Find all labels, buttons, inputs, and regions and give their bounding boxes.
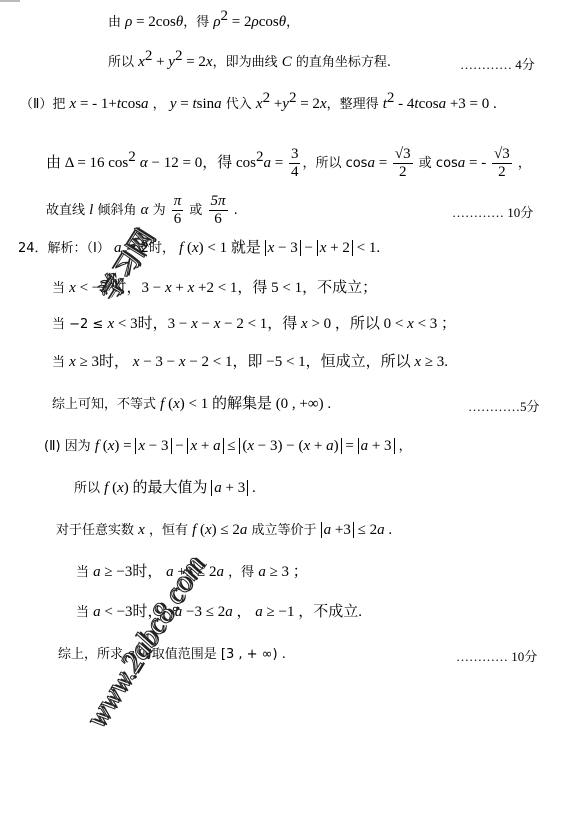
math-var: y <box>168 54 175 70</box>
math-var: a <box>255 604 263 620</box>
math: ) <box>334 438 339 454</box>
math: − 3 <box>274 240 297 256</box>
score-mark-5: …………5分 <box>468 396 540 415</box>
text: ，所以 cos <box>302 156 367 171</box>
text: ，得 <box>224 565 258 580</box>
math: + 3 <box>368 438 391 454</box>
math-var: a <box>377 522 385 538</box>
text: ，恒有 <box>145 523 192 538</box>
math-var: ρ <box>252 14 259 30</box>
score-mark-4: ………… 4分 <box>460 54 535 73</box>
math-var: x <box>179 354 186 370</box>
text: 所以 <box>108 55 138 70</box>
math: = - <box>465 155 490 171</box>
absolute-value: a + 3 <box>358 438 395 454</box>
math-var: a <box>326 438 334 454</box>
absolute-value: a + 3 <box>211 480 248 496</box>
score-unit: 分 <box>527 400 540 415</box>
math: − 12 = 0，得 cos <box>148 155 256 171</box>
math: < 1. <box>353 240 380 256</box>
math: = 2 <box>228 14 251 30</box>
text: 所以 <box>74 481 104 496</box>
math: ) = <box>114 438 135 454</box>
denominator: 6 <box>209 211 228 228</box>
math-var: x <box>407 316 414 332</box>
math: +2 < 1，得 5 < 1，不成立； <box>194 280 377 296</box>
math: ≤ <box>224 438 240 454</box>
math: ( <box>164 396 173 412</box>
math-var: a <box>217 564 225 580</box>
text: ，得 <box>183 15 213 30</box>
text: ， <box>395 439 412 454</box>
solution-line-10: 综上可知，不等式 f (x) < 1 的解集是 (0 , +∞) . <box>52 394 331 415</box>
math-var: a <box>263 155 271 171</box>
math: ≥ 3时， <box>76 354 133 370</box>
math: = 2 <box>182 54 205 70</box>
score-dots: ………… <box>456 649 508 664</box>
solution-line-9: 当 x ≥ 3时， x − 3 − x − 2 < 1，即 −5 < 1，恒成立… <box>52 352 448 373</box>
numerator: 5π <box>209 193 228 211</box>
math: < 3 ； <box>414 316 456 332</box>
absolute-value: (x − 3) − (x + a) <box>239 438 341 454</box>
solution-line-5: 故直线 l 倾斜角 α 为 π6 或 5π6 . <box>46 192 238 229</box>
math-var: x <box>173 396 180 412</box>
math: = <box>375 155 391 171</box>
math-var: x <box>301 316 308 332</box>
math-var: x <box>138 54 145 70</box>
math: + <box>270 96 282 112</box>
fraction-sqrt3-2: √32 <box>393 146 413 181</box>
math-var: x <box>138 522 145 538</box>
score-value: 10 <box>511 649 524 664</box>
math: ) < 1 就是 <box>199 240 265 256</box>
fraction-sqrt3-2: √32 <box>492 146 512 181</box>
math-var: a <box>214 96 222 112</box>
numerator: π <box>172 193 184 211</box>
math-var: a <box>93 604 101 620</box>
math: cos <box>121 96 141 112</box>
math: + <box>310 438 326 454</box>
math-var: ρ <box>213 14 220 30</box>
math: 由 Δ = 16 cos <box>46 155 128 171</box>
solution-line-16: 综上，所求 a 的取值范围是 [3 , + ∞) . <box>58 644 286 665</box>
absolute-value: x − 3 <box>265 240 301 256</box>
math: ( <box>183 240 192 256</box>
math: . <box>248 480 256 496</box>
numerator: 3 <box>289 146 301 164</box>
math: − 3) − ( <box>254 438 303 454</box>
exponent: 2 <box>263 90 271 106</box>
numerator: √3 <box>492 146 512 164</box>
math-var: a <box>361 438 369 454</box>
score-mark-10-final: ………… 10分 <box>456 646 537 665</box>
score-mark-10: ………… 10分 <box>452 202 533 221</box>
text: 为 <box>148 203 169 218</box>
math-var: a <box>367 155 375 171</box>
math: −3 ≤ 2 <box>182 604 225 620</box>
math-var: a <box>439 96 447 112</box>
math: cos <box>419 96 439 112</box>
text: 当 −2 ≤ <box>52 317 107 332</box>
math: ( <box>196 522 205 538</box>
math-var: x <box>165 280 172 296</box>
absolute-value: a +3 <box>321 522 354 538</box>
math: = 2cos <box>132 14 175 30</box>
score-unit: 分 <box>524 650 537 665</box>
math: = - 1+ <box>76 96 117 112</box>
denominator: 2 <box>492 164 512 181</box>
text: 24．解析：（Ⅰ） <box>18 241 114 256</box>
absolute-value: x + 2 <box>317 240 353 256</box>
math: ≥ −3时， <box>101 564 166 580</box>
math-var: x <box>191 316 198 332</box>
fraction-pi-6: π6 <box>172 193 184 228</box>
solution-line-1: 由 ρ = 2cosθ，得 ρ2 = 2ρcosθ， <box>108 12 299 33</box>
text: ，整理得 <box>327 97 383 112</box>
text: ， <box>149 97 170 112</box>
score-dots: ………… <box>460 57 512 72</box>
absolute-value: x − 3 <box>135 438 171 454</box>
math: ≥ 3 ； <box>266 564 308 580</box>
text: 倾斜角 <box>93 203 140 218</box>
math: − 3 − <box>139 354 178 370</box>
math: sin <box>197 96 215 112</box>
math: > 0 ，所以 0 < <box>308 316 407 332</box>
text: ， <box>514 156 531 171</box>
solution-line-13: 对于任意实数 x ，恒有 f (x) ≤ 2a 成立等价于 a +3 ≤ 2a … <box>56 520 392 541</box>
score-unit: 分 <box>520 206 533 221</box>
math-var: a <box>213 438 221 454</box>
math: ( <box>99 438 108 454</box>
math-var: a <box>258 564 266 580</box>
text: ， <box>286 15 299 30</box>
score-value: 10 <box>507 205 520 220</box>
math: + <box>172 280 188 296</box>
text: 当 <box>76 605 93 620</box>
exponent: 2 <box>128 149 136 165</box>
score-dots: ………… <box>468 399 520 414</box>
math-var: θ <box>279 14 286 30</box>
math-var: x <box>205 522 212 538</box>
math-var: a <box>141 96 149 112</box>
solution-line-8: 当 −2 ≤ x < 3时，3 − x − x − 2 < 1，得 x > 0 … <box>52 314 456 335</box>
math: − <box>198 316 214 332</box>
text: 对于任意实数 <box>56 523 138 538</box>
math: ) < 1 的解集是 (0 , +∞) . <box>180 396 331 412</box>
text: (Ⅱ) 因为 <box>44 439 95 454</box>
text: 当 <box>52 355 69 370</box>
math: = <box>271 155 287 171</box>
denominator: 2 <box>393 164 413 181</box>
math-var: x <box>192 240 199 256</box>
solution-line-3: （Ⅱ）把 x = - 1+tcosa ， y = tsina 代入 x2 +y2… <box>20 94 497 115</box>
fraction-5pi-6: 5π6 <box>209 193 228 228</box>
math: ) ≤ 2 <box>212 522 240 538</box>
math: = <box>176 96 192 112</box>
solution-line-2: 所以 x2 + y2 = 2x，即为曲线 C 的直角坐标方程. <box>108 52 391 73</box>
math: - 4 <box>394 96 414 112</box>
math: + 2 <box>326 240 349 256</box>
math-var: x <box>69 280 76 296</box>
solution-line-15: 当 a < −3时， −a −3 ≤ 2a ， a ≥ −1 ，不成立. <box>76 602 362 623</box>
math: = 2 <box>296 96 319 112</box>
math: ( <box>108 480 117 496</box>
math: +3 <box>331 522 351 538</box>
math-var: y <box>282 96 289 112</box>
math: − 2 < 1，即 −5 < 1，恒成立，所以 <box>186 354 415 370</box>
fraction-3-4: 34 <box>289 146 301 181</box>
math: ≤ 2 <box>354 522 377 538</box>
math: − 3 <box>145 438 168 454</box>
text: ，即为曲线 <box>213 55 282 70</box>
math-var: x <box>69 354 76 370</box>
page-corner-mark <box>0 0 20 2</box>
math-var: a <box>93 564 101 580</box>
text: （Ⅱ）把 <box>20 97 70 112</box>
math: +3 = 0 . <box>446 96 497 112</box>
math: . <box>385 522 393 538</box>
text: 综上可知，不等式 <box>52 397 160 412</box>
denominator: 6 <box>172 211 184 228</box>
score-dots: ………… <box>452 205 504 220</box>
math-var: x <box>117 480 124 496</box>
solution-line-11: (Ⅱ) 因为 f (x) = x − 3 − x + a ≤ (x − 3) −… <box>44 436 412 457</box>
solution-line-6: 24．解析：（Ⅰ） a = 2时， f (x) < 1 就是 x − 3 − x… <box>18 238 380 259</box>
text: 成立等价于 <box>247 523 320 538</box>
text: . <box>230 203 238 218</box>
math: − <box>172 438 188 454</box>
math: + 3 <box>222 480 245 496</box>
math: + <box>197 438 213 454</box>
math: ) 的最大值为 <box>124 480 212 496</box>
math: ≥ −1 ，不成立. <box>263 604 362 620</box>
text: 当 <box>76 565 93 580</box>
numerator: √3 <box>393 146 413 164</box>
text: 或 <box>185 203 206 218</box>
math: = <box>342 438 358 454</box>
math: ≥ 3. <box>421 354 448 370</box>
text: 由 <box>108 15 125 30</box>
math-var: x <box>320 96 327 112</box>
absolute-value: x + a <box>187 438 223 454</box>
math-var: a <box>214 480 222 496</box>
math-var: C <box>282 54 292 70</box>
text: 故直线 <box>46 203 89 218</box>
exponent: 2 <box>221 8 229 24</box>
solution-line-12: 所以 f (x) 的最大值为 a + 3 . <box>74 478 256 499</box>
text: 当 <box>52 281 69 296</box>
math-var: α <box>140 155 148 171</box>
math-var: x <box>206 54 213 70</box>
math: − <box>301 240 317 256</box>
math: cos <box>259 14 279 30</box>
text: 或 cos <box>415 156 458 171</box>
math: < 3时，3 − <box>114 316 191 332</box>
math-var: a <box>225 604 233 620</box>
math: − 2 < 1，得 <box>220 316 301 332</box>
math: + <box>152 54 168 70</box>
denominator: 4 <box>289 164 301 181</box>
solution-line-4: 由 Δ = 16 cos2 α − 12 = 0，得 cos2a = 34，所以… <box>46 145 531 182</box>
text: 代入 <box>222 97 256 112</box>
math-var: x <box>256 96 263 112</box>
score-unit: 分 <box>522 58 535 73</box>
text: 的直角坐标方程. <box>292 55 391 70</box>
math: ， <box>233 604 256 620</box>
